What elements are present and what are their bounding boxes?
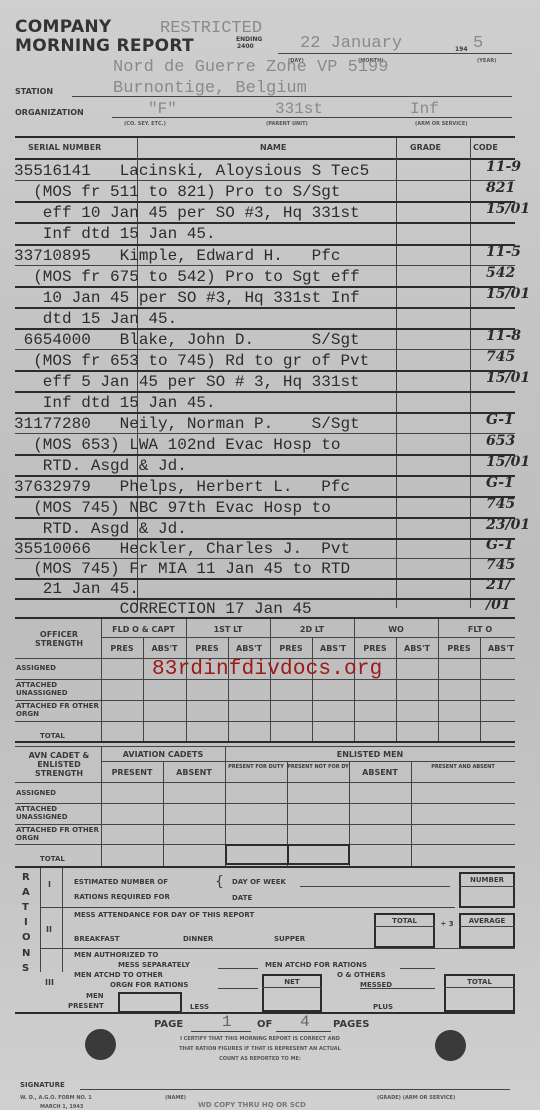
year-suffix: 5 [473,34,483,53]
roster-line: (MOS fr 511 to 821) Pro to S/Sgt [14,183,340,201]
roster-line: (MOS 745) Fr MIA 11 Jan 45 to RTD [14,560,350,578]
roster-code: 11-8 [486,328,521,344]
form-title-line1: COMPANY [15,18,112,37]
year-caption: (YEAR) [477,58,496,64]
brace: { [215,874,224,890]
row-rule [15,265,515,266]
punch-hole-right-icon [435,1030,466,1061]
fill-line [218,988,258,989]
report-date: 22 January [300,34,402,53]
sub-abst: ABS'T [396,644,438,653]
present-label: PRESENT [68,1002,104,1010]
officer-strength-title: OFFICER STRENGTH [18,630,100,648]
sub-abst: ABS'T [228,644,270,653]
rations-required-label: RATIONS REQUIRED FOR [74,893,170,901]
punch-hole-left-icon [85,1029,116,1060]
roster-line: eff 10 Jan 45 per SO #3, Hq 331st [14,204,360,222]
station-underline [72,96,512,97]
fill-line [360,988,435,989]
col-name: NAME [260,143,286,152]
row-attached-unassigned: ATTACHED UNASSIGNED [16,681,102,697]
box-rule [459,886,515,887]
row-rule [15,349,515,350]
supper-label: SUPPER [274,935,305,943]
day-of-week-label: DAY OF WEEK [232,878,286,886]
enlisted-strength-title: AVN CADET & ENLISTED STRENGTH [18,751,100,778]
roster-line: (MOS fr 675 to 542) Pro to Sgt eff [14,268,360,286]
roster-line: 37632979 Phelps, Herbert L. Pfc [14,478,350,496]
box-rule [262,987,322,988]
roster-code: 15/01 [486,286,530,302]
organization-label: ORGANIZATION [15,108,84,117]
col-absent-em: ABSENT [349,768,411,777]
roster-code: /01 [486,597,511,613]
row-rule [15,222,515,224]
group-wo: WO [354,625,438,634]
rations-letter: O [22,932,31,943]
others-messed-label: O & OTHERS [337,971,386,979]
rations-letter: I [24,917,28,928]
certify-line-2: THAT RATION FIGURES IF THAT IS REPRESENT… [140,1046,380,1052]
form-date: MARCH 1, 1943 [40,1104,83,1110]
copy-note: WD COPY THRU HQ OR SCD [198,1101,306,1109]
col-divider [411,761,412,866]
org-underline [112,117,512,118]
ending-label: ENDING 2400 [236,36,262,50]
col-present-for-duty: PRESENT FOR DUTY [225,764,287,771]
net-label: NET [262,978,322,986]
watermark-text: 83rdinfdivdocs.org [152,658,382,681]
roster-code: 15/01 [486,454,530,470]
grade-caption: (GRADE) (ARM OR SERVICE) [377,1095,455,1101]
row-rule [15,307,515,309]
row-assigned: ASSIGNED [16,789,102,797]
men-atchd-other-label: MEN ATCHD TO OTHER [74,971,163,979]
total3-label: TOTAL [444,978,515,986]
group-2d-lt: 2D LT [270,625,354,634]
rations-bottom [15,1012,515,1014]
roster-line: eff 5 Jan 45 per SO # 3, Hq 331st [14,373,360,391]
roster-line: RTD. Asgd & Jd. [14,457,187,475]
sub-pres: PRES [270,644,312,653]
roster-code: 542 [486,265,515,281]
row-rule [15,558,515,559]
sub-pres: PRES [354,644,396,653]
form-number: W. D., A.G.O. FORM NO. 1 [20,1095,92,1101]
roster-header-rule [15,158,515,160]
roster-code: 745 [486,557,515,573]
average-label: AVERAGE [459,917,515,925]
section-rule [40,948,515,949]
org-parent: 331st [275,100,323,118]
page-underline [191,1031,251,1032]
sub-abst: ABS'T [312,644,354,653]
group-flt-o: FLT O [438,625,522,634]
date-label: DATE [232,894,252,902]
signature-line [80,1089,510,1090]
roster-line: 35516141 Lacinski, Aloysious S Tec5 [14,162,369,180]
subheader-rule [101,761,515,762]
box-rule [374,926,435,927]
row-rule [15,700,515,701]
men-label: MEN [86,992,104,1000]
roster-code: 745 [486,349,515,365]
section-rule [40,907,455,908]
roster-code: 11-9 [486,159,521,175]
total-label: TOTAL [374,917,435,925]
row-rule [15,517,515,519]
total-pages: 4 [300,1013,310,1031]
row-rule [15,721,515,722]
section-i-num: I [48,880,51,889]
men-present-box [118,992,182,1013]
rations-letter: T [22,902,29,913]
roster-line: (MOS 653) LWA 102nd Evac Hosp to [14,436,340,454]
row-rule [15,824,515,825]
row-rule [15,244,515,246]
sub-pres: PRES [101,644,143,653]
officer-table-top [15,617,515,619]
roster-code: 745 [486,496,515,512]
row-rule [15,412,515,414]
org-company: "F" [148,100,177,118]
roster-code: 15/01 [486,201,530,217]
org-company-caption: (CO. SEY. ETC.) [124,121,166,127]
roster-line: Inf dtd 15 Jan 45. [14,225,216,243]
less-label: LESS [190,1003,209,1011]
page-number: 1 [222,1013,232,1031]
col-divider [287,844,289,865]
section-iii-num: III [45,978,54,987]
rations-letter: A [22,887,30,898]
orgn-for-rations-label: ORGN FOR RATIONS [110,981,188,989]
roster-code: 821 [486,180,515,196]
morning-report-document: COMPANY MORNING REPORT RESTRICTED ENDING… [0,0,540,1110]
org-parent-caption: (PARENT UNIT) [266,121,308,127]
mess-attendance-label: MESS ATTENDANCE FOR DAY OF THIS REPORT [74,911,254,919]
org-arm: Inf [410,100,439,118]
page-label: PAGE [154,1019,183,1030]
roster-line: 21 Jan 45. [14,580,139,598]
sub-abst: ABS'T [143,644,186,653]
roster-line: RTD. Asgd & Jd. [14,520,187,538]
group-fld-o-capt: FLD O & CAPT [101,625,186,634]
col-grade: GRADE [410,143,441,152]
roster-line: 31177280 Neily, Norman P. S/Sgt [14,415,360,433]
pages-label: PAGES [333,1019,369,1030]
roster-code: 15/01 [486,370,530,386]
fill-line [218,968,258,969]
rations-side-divider [40,868,41,972]
aviation-cadets-group: AVIATION CADETS [101,750,225,759]
sub-pres: PRES [438,644,480,653]
rations-letter: S [22,963,29,974]
mess-separately-label: MESS SEPARATELY [118,961,190,969]
estimated-number-label: ESTIMATED NUMBER OF [74,878,168,886]
col-present-and-absent: PRESENT AND ABSENT [411,764,515,771]
col-serial-number: SERIAL NUMBER [28,143,101,152]
row-rule [15,496,515,498]
roster-line: 35510066 Heckler, Charles J. Pvt [14,540,350,558]
sub-pres: PRES [186,644,228,653]
row-rule [15,370,515,372]
rations-letter: R [22,872,30,883]
location-line: Nord de Guerre Zone VP 5199 [113,58,388,77]
rations-num-divider [62,868,63,972]
row-rule [15,328,515,330]
subheader-rule [101,637,515,638]
roster-line: (MOS 745) NBC 97th Evac Hosp to [14,499,331,517]
row-rule [15,201,515,203]
roster-line: 6654000 Blake, John D. S/Sgt [14,331,360,349]
pages-underline [276,1031,331,1032]
col-code: CODE [473,143,498,152]
row-attached-fr-other: ATTACHED FR OTHER ORGN [16,826,102,842]
row-attached-fr-other: ATTACHED FR OTHER ORGN [16,702,102,718]
men-atchd-rations-label: MEN ATCHD FOR RATIONS [265,961,367,969]
table-bottom [15,741,515,743]
row-total: TOTAL [40,855,126,863]
row-rule [15,286,515,288]
plus-label: PLUS [373,1003,393,1011]
roster-line: Inf dtd 15 Jan 45. [14,394,216,412]
col-present-not-for-duty: PRESENT NOT FOR DY [287,764,349,771]
rations-letter: N [22,948,30,959]
row-total: TOTAL [40,732,126,740]
enlisted-table-top [15,746,515,747]
row-rule [15,433,515,434]
fill-line [400,968,435,969]
men-authorized-label: MEN AUTHORIZED TO [74,951,158,959]
name-caption: (NAME) [165,1095,186,1101]
roster-code: 11-5 [486,244,521,260]
roster-code: 21/ [486,577,511,593]
roster-code: G-1 [486,475,514,491]
roster-line: dtd 15 Jan 45. [14,310,177,328]
roster-code: 23/01 [486,517,530,533]
roster-line: 33710895 Kimple, Edward H. Pfc [14,247,340,265]
of-label: OF [257,1019,272,1030]
section-ii-num: II [46,925,52,934]
box-rule [444,987,515,988]
day-of-week-line [300,886,450,887]
row-rule [15,180,515,181]
station-label: STATION [15,87,53,96]
breakfast-label: BREAKFAST [74,935,120,943]
row-rule [15,803,515,804]
roster-code: G-1 [486,537,514,553]
org-arm-caption: (ARM OR SERVICE) [415,121,468,127]
roster-code: 653 [486,433,515,449]
certify-line-3: COUNT AS REPORTED TO ME: [140,1056,380,1062]
row-rule [15,454,515,456]
divide-by-three: ÷ 3 [440,920,454,928]
roster-line: CORRECTION 17 Jan 45 [14,600,312,618]
row-rule [15,391,515,393]
roster-code: G-1 [486,412,514,428]
row-assigned: ASSIGNED [16,664,102,672]
roster-line: 10 Jan 45 per SO #3, Hq 331st Inf [14,289,360,307]
certify-line-1: I CERTIFY THAT THIS MORNING REPORT IS CO… [140,1036,380,1042]
enlisted-men-group: ENLISTED MEN [225,750,515,759]
header-divider [15,136,515,138]
row-rule [15,782,515,783]
year-prefix: 194 [455,46,468,53]
group-1st-lt: 1ST LT [186,625,270,634]
form-title-line2: MORNING REPORT [15,37,194,56]
roster-line: (MOS fr 653 to 745) Rd to gr of Pvt [14,352,369,370]
row-rule [15,475,515,477]
signature-label: SIGNATURE [20,1081,65,1089]
number-label: NUMBER [459,876,515,884]
row-attached-unassigned: ATTACHED UNASSIGNED [16,805,102,821]
date-underline [278,53,512,54]
table-bottom [15,866,515,868]
col-present: PRESENT [101,768,163,777]
box-rule [459,926,515,927]
col-absent: ABSENT [163,768,225,777]
dinner-label: DINNER [183,935,213,943]
sub-abst: ABS'T [480,644,522,653]
